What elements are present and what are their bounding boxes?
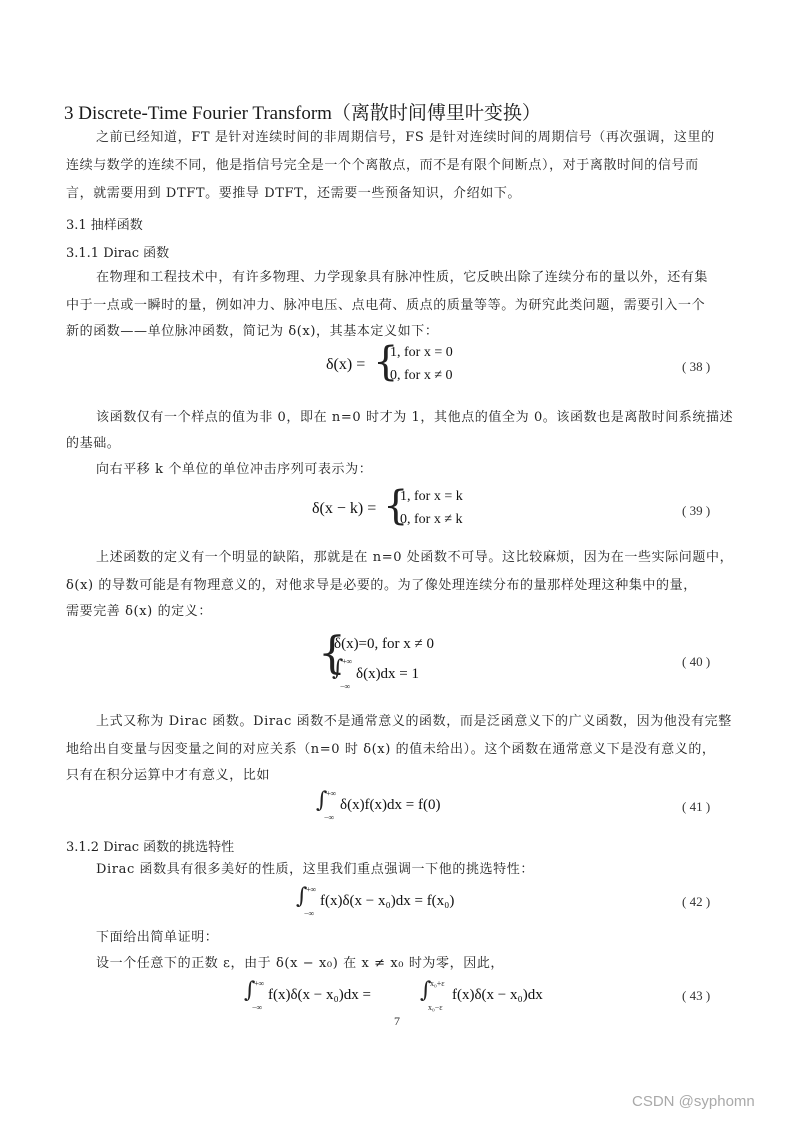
paragraph-8: 设一个任意下的正数 ε，由于 δ(x − x₀) 在 x ≠ x₀ 时为零，因此… [96, 956, 504, 972]
equation-39-case-1: 1, for x = k [400, 489, 463, 505]
equation-41-lower-limit: −∞ [324, 813, 334, 822]
paragraph-3: 向右平移 k 个单位的单位冲击序列可表示为： [96, 462, 372, 478]
paragraph-1-line-1: 在物理和工程技术中，有许多物理、力学现象具有脉冲性质，它反映出除了连续分布的量以… [96, 270, 708, 286]
paragraph-4-line-3: 需要完善 δ(x) 的定义： [66, 604, 212, 620]
equation-40-case-2: δ(x)dx = 1 [356, 666, 419, 683]
equation-41-upper-limit: +∞ [326, 789, 336, 798]
equation-38-lhs: δ(x) = [326, 356, 365, 374]
equation-38-case-1: 1, for x = 0 [390, 345, 453, 361]
equation-43-upper-limit-left: +∞ [254, 979, 264, 988]
equation-42-upper-limit: +∞ [306, 885, 316, 894]
equation-43-lower-limit-left: −∞ [252, 1003, 262, 1012]
equation-43-number: ( 43 ) [682, 988, 710, 1004]
watermark: CSDN @syphomn [632, 1093, 755, 1110]
paragraph-1-line-2: 中于一点或一瞬时的量，例如冲力、脉冲电压、点电荷、质点的质量等等。为研究此类问题… [66, 298, 705, 314]
paragraph-2-line-1: 该函数仅有一个样点的值为非 0，即在 n=0 时才为 1，其他点的值全为 0。该… [96, 410, 733, 426]
subsection-heading-3-1-1: 3.1.1 Dirac 函数 [66, 242, 169, 261]
paragraph-5-line-1: 上式又称为 Dirac 函数。Dirac 函数不是通常意义的函数，而是泛函意义下… [96, 714, 732, 730]
section-heading-3: 3 Discrete-Time Fourier Transform（离散时间傅里… [64, 98, 541, 125]
subsection-heading-3-1-2: 3.1.2 Dirac 函数的挑选特性 [66, 836, 234, 855]
equation-38-case-2: 0, for x ≠ 0 [390, 368, 453, 384]
equation-41-number: ( 41 ) [682, 799, 710, 815]
equation-39-case-2: 0, for x ≠ k [400, 512, 463, 528]
equation-40-upper-limit: +∞ [342, 657, 352, 666]
paragraph-6: Dirac 函数具有很多美好的性质，这里我们重点强调一下他的挑选特性： [96, 862, 534, 878]
paragraph-5-line-3: 只有在积分运算中才有意义，比如 [66, 768, 270, 784]
intro-line-1: 之前已经知道，FT 是针对连续时间的非周期信号，FS 是针对连续时间的周期信号（… [96, 130, 715, 146]
equation-40-case-1: δ(x)=0, for x ≠ 0 [334, 636, 434, 653]
equation-43-left: f(x)δ(x − x₀)dx = [268, 987, 371, 1004]
equation-42-body: f(x)δ(x − x₀)dx = f(x₀) [320, 893, 454, 910]
equation-43-lower-limit-right: x₀−ε [428, 1003, 443, 1012]
equation-40-lower-limit: −∞ [340, 682, 350, 691]
paragraph-5-line-2: 地给出自变量与因变量之间的对应关系（n=0 时 δ(x) 的值未给出）。这个函数… [66, 742, 716, 758]
subsection-heading-3-1: 3.1 抽样函数 [66, 214, 143, 233]
page-number: 7 [394, 1014, 400, 1029]
paragraph-7: 下面给出简单证明： [96, 930, 218, 946]
equation-43-right: f(x)δ(x − x₀)dx [452, 987, 543, 1004]
equation-42-lower-limit: −∞ [304, 909, 314, 918]
paragraph-2-line-2: 的基础。 [66, 436, 120, 452]
equation-38-number: ( 38 ) [682, 359, 710, 375]
paragraph-1-line-3: 新的函数——单位脉冲函数，简记为 δ(x)，其基本定义如下： [66, 324, 438, 340]
equation-41-body: δ(x)f(x)dx = f(0) [340, 797, 441, 814]
equation-43-upper-limit-right: x₀+ε [430, 979, 445, 988]
equation-39-lhs: δ(x − k) = [312, 500, 376, 518]
equation-40-number: ( 40 ) [682, 654, 710, 670]
equation-39-number: ( 39 ) [682, 503, 710, 519]
intro-line-2: 连续与数学的连续不同，他是指信号完全是一个个离散点，而不是有限个间断点），对于离… [66, 158, 699, 174]
intro-line-3: 言，就需要用到 DTFT。要推导 DTFT，还需要一些预备知识，介绍如下。 [66, 186, 521, 202]
paragraph-4-line-2: δ(x) 的导数可能是有物理意义的，对他求导是必要的。为了像处理连续分布的量那样… [66, 578, 697, 594]
equation-42-number: ( 42 ) [682, 894, 710, 910]
paragraph-4-line-1: 上述函数的定义有一个明显的缺陷，那就是在 n=0 处函数不可导。这比较麻烦，因为… [96, 550, 733, 566]
document-page: 3 Discrete-Time Fourier Transform（离散时间傅里… [0, 0, 794, 1123]
